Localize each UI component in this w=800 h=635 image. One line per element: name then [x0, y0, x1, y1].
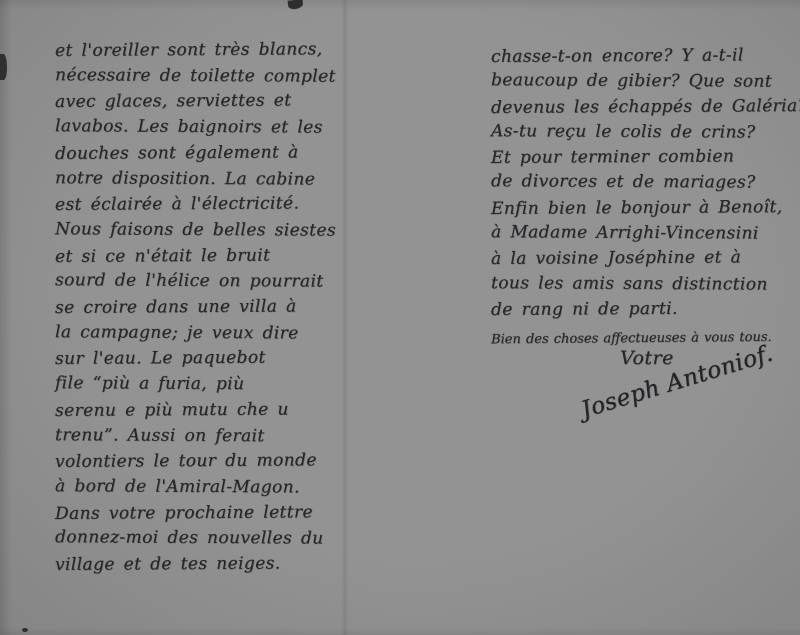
letter-line: devenus les échappés de Galéria? — [491, 94, 799, 121]
right-page-text: chasse-t-on encore? Y a-t-il beaucoup de… — [491, 44, 799, 352]
letter-line: As-tu reçu le colis de crins? — [491, 119, 799, 146]
letter-line: est éclairée à l'électricité. — [55, 191, 363, 219]
letter-line: notre disposition. La cabine — [55, 166, 363, 193]
letter-line: volontiers le tour du monde — [55, 448, 363, 476]
letter-line: Et pour terminer combien — [491, 144, 799, 171]
letter-line: sourd de l'hélice on pourrait — [55, 269, 363, 296]
letter-line: de rang ni de parti. — [491, 296, 799, 323]
letter-line: village et de tes neiges. — [55, 551, 363, 579]
scan-artifact-bottom-dot — [22, 628, 28, 632]
letter-line: à Madame Arrighi-Vincensini — [491, 220, 799, 247]
letter-line: beaucoup de gibier? Que sont — [491, 68, 799, 95]
valediction: Votre — [620, 347, 674, 369]
scan-edge-shadow-top — [0, 0, 800, 10]
letter-line: douches sont également à — [55, 140, 363, 168]
left-page-text: et l'oreiller sont très blancs, nécessai… — [55, 38, 363, 578]
letter-line: Nous faisons de belles siestes — [55, 217, 363, 244]
letter-line: de divorces et de mariages? — [491, 170, 799, 197]
letter-line: et l'oreiller sont très blancs, — [55, 37, 363, 65]
handwritten-letter-scan: et l'oreiller sont très blancs, nécessai… — [0, 0, 800, 635]
letter-line: à bord de l'Amiral-Magon. — [55, 474, 363, 501]
letter-line: se croire dans une villa à — [55, 294, 363, 322]
scan-edge-shadow-bottom — [0, 627, 800, 635]
letter-line: lavabos. Les baignoirs et les — [55, 114, 363, 141]
letter-line: la campagne; je veux dire — [55, 320, 363, 347]
letter-line: et si ce n'était le bruit — [55, 243, 363, 271]
letter-line: serenu e più mutu che u — [55, 397, 363, 425]
letter-line: sur l'eau. Le paquebot — [55, 345, 363, 373]
letter-line: chasse-t-on encore? Y a-t-il — [491, 43, 799, 70]
letter-line: avec glaces, serviettes et — [55, 88, 363, 116]
letter-line: Dans votre prochaine lettre — [55, 500, 363, 528]
letter-line: à la voisine Joséphine et à — [491, 245, 799, 272]
signature: Joseph Antoniof. — [578, 340, 776, 423]
letter-line: trenu”. Aussi on ferait — [55, 423, 363, 450]
letter-line: Enfin bien le bonjour à Benoît, — [491, 195, 799, 222]
letter-line: donnez-moi des nouvelles du — [55, 526, 363, 553]
letter-line: tous les amis sans distinction — [491, 271, 799, 298]
letter-line: file “più a furia, più — [55, 371, 363, 398]
scan-edge-shadow-left — [0, 0, 12, 635]
scan-artifact-left-edge — [0, 54, 7, 80]
letter-line: nécessaire de toilette complet — [55, 63, 363, 90]
